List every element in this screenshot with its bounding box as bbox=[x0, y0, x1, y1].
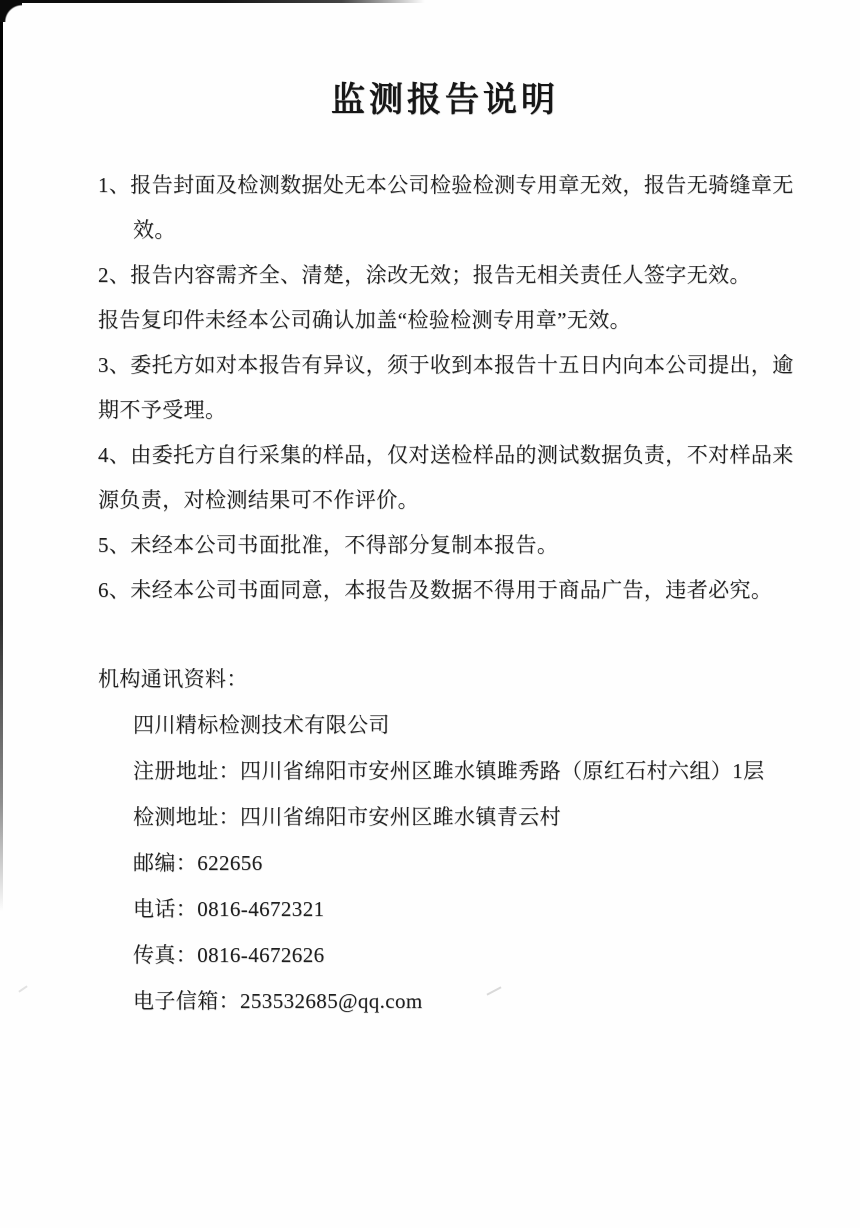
scan-corner-artifact bbox=[0, 0, 22, 22]
document-page: 监测报告说明 1、报告封面及检测数据处无本公司检验检测专用章无效，报告无骑缝章无… bbox=[0, 0, 860, 1228]
contact-company: 四川精标检测技术有限公司 bbox=[98, 702, 820, 748]
page-title: 监测报告说明 bbox=[30, 72, 860, 121]
note-2-line-1: 2、报告内容需齐全、清楚，涂改无效；报告无相关责任人签字无效。 bbox=[98, 253, 820, 298]
contact-registered-address: 注册地址：四川省绵阳市安州区雎水镇雎秀路（原红石村六组）1层 bbox=[98, 748, 820, 794]
scan-edge-top-artifact bbox=[0, 0, 438, 3]
note-1-line-1: 1、报告封面及检测数据处无本公司检验检测专用章无效，报告无骑缝章无 bbox=[98, 163, 820, 208]
contact-email: 电子信箱：253532685@qq.com bbox=[98, 978, 820, 1024]
note-3-line-1: 3、委托方如对本报告有异议，须于收到本报告十五日内向本公司提出，逾 bbox=[98, 343, 820, 388]
note-4-line-2: 源负责，对检测结果可不作评价。 bbox=[98, 478, 820, 523]
contact-heading: 机构通讯资料： bbox=[98, 656, 820, 702]
note-6-line-1: 6、未经本公司书面同意，本报告及数据不得用于商品广告，违者必究。 bbox=[98, 568, 820, 613]
scan-smudge-artifact bbox=[18, 985, 27, 992]
scan-edge-left-artifact bbox=[0, 0, 3, 912]
notes-section: 1、报告封面及检测数据处无本公司检验检测专用章无效，报告无骑缝章无 效。 2、报… bbox=[98, 163, 820, 613]
note-4-line-1: 4、由委托方自行采集的样品，仅对送检样品的测试数据负责，不对样品来 bbox=[98, 433, 820, 478]
contact-fax: 传真：0816-4672626 bbox=[98, 932, 820, 978]
contact-section: 机构通讯资料： 四川精标检测技术有限公司 注册地址：四川省绵阳市安州区雎水镇雎秀… bbox=[98, 656, 820, 1024]
note-3-line-2: 期不予受理。 bbox=[98, 388, 820, 433]
note-1-line-2: 效。 bbox=[98, 208, 820, 253]
contact-phone: 电话：0816-4672321 bbox=[98, 886, 820, 932]
note-2-line-2: 报告复印件未经本公司确认加盖“检验检测专用章”无效。 bbox=[98, 298, 820, 343]
contact-postal-code: 邮编：622656 bbox=[98, 840, 820, 886]
contact-testing-address: 检测地址：四川省绵阳市安州区雎水镇青云村 bbox=[98, 794, 820, 840]
note-5-line-1: 5、未经本公司书面批准，不得部分复制本报告。 bbox=[98, 523, 820, 568]
